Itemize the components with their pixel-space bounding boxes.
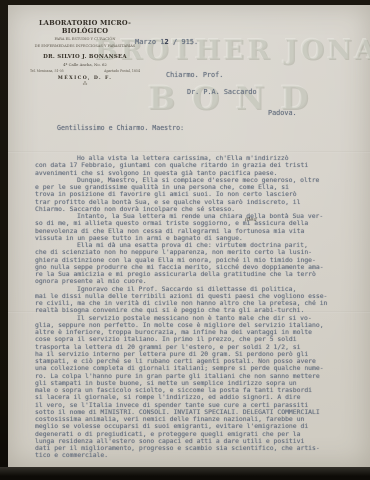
body-line: il vero, se l'Italia invece di spender t… xyxy=(35,402,370,409)
body-line: ha il servizio interno per lettera pure … xyxy=(35,351,370,358)
letter-paper: BROTHER JONATHAN BOND LABORATORIO MICRO-… xyxy=(8,5,370,467)
recipient-city: Padova. xyxy=(268,109,297,117)
body-line: tico e commerciale. xyxy=(35,452,370,459)
body-line: dati per il miglioramento, progresso e s… xyxy=(35,445,370,452)
body-line: meglio se volesse occuparsi di suoi emig… xyxy=(35,423,370,430)
body-line: re la Sua amicizia e mi pregio assicurar… xyxy=(35,271,370,278)
body-line: trasporta la lettera di 20 grammi per l'… xyxy=(35,344,370,351)
letter-date-prefix: Marzo 1 xyxy=(135,38,165,46)
body-line: Dunque, Maestro, Ella si compiace d'esse… xyxy=(35,177,370,184)
body-line: re civili, ma che in verità di civile no… xyxy=(35,300,370,307)
body-line: Chiarmo. Saccardo non dovrà incolpare ch… xyxy=(35,206,370,213)
body-line: realtà bisogna convenire che qui si è pe… xyxy=(35,307,370,314)
body-line: sotto il nome di MINISTRI. CONSOLI. INVI… xyxy=(35,409,370,416)
body-line: gli stampati in buste buone, si mette un… xyxy=(35,380,370,387)
letterhead: LABORATORIO MICRO-BIOLÓGICO PARA EL ESTU… xyxy=(26,19,144,87)
body-line: altre è inferiore, troppa burocrazia, ma… xyxy=(35,329,370,336)
body-line: cose sopra il servizio italiano. In prim… xyxy=(35,336,370,343)
scanned-letter-page: { "scan": { "watermark_line1": "BROTHER … xyxy=(0,0,370,480)
letterhead-subtitle-1: PARA EL ESTUDIO Y CURACIÓN xyxy=(26,37,144,42)
recipient-honorific: Chiarmo. Prof. xyxy=(166,71,223,79)
body-line: trova in posizione di favorire gli amici… xyxy=(35,191,370,198)
body-line: con data 17 Febbraio, giuntami con qualc… xyxy=(35,162,370,169)
body-line: Il servizio postale messicano non è tant… xyxy=(35,315,370,322)
letterhead-address: 4ª Calle Ancha, No. 62 xyxy=(26,62,144,67)
body-line: trar profitto della bontà Sua, e se qual… xyxy=(35,199,370,206)
body-line: Ho alla vista la lettera carissima, ch'E… xyxy=(35,155,370,162)
body-line: ognora presente al mio cuore. xyxy=(35,278,370,285)
letterhead-doctor-name: DR. SILVIO J. BONANSEA xyxy=(26,54,144,60)
letter-body: Ho alla vista la lettera carissima, ch'E… xyxy=(35,155,370,460)
body-line: mai le dissi nulla delle terribili azion… xyxy=(35,293,370,300)
body-line: e per le sue grandissime qualità in una … xyxy=(35,184,370,191)
recipient-name: Dr. P.A. Saccardo xyxy=(187,88,257,96)
letter-date-suffix: / 915. xyxy=(169,38,199,46)
letterhead-title: LABORATORIO MICRO-BIOLÓGICO xyxy=(26,19,144,35)
body-line: gno nulla seppe produrre che mi faccia m… xyxy=(35,264,370,271)
handwritten-annotation: idea xyxy=(245,217,257,223)
salutation: Gentilissimo e Chiarmo. Maestro: xyxy=(57,124,184,132)
body-line: degenerati o di pregiudicati, e protegge… xyxy=(35,431,370,438)
letterhead-contact-row: Tel. Mexicana, 51-05 Apartado Postal, 18… xyxy=(26,69,144,73)
body-line: lunga residenza all'estero sono capaci e… xyxy=(35,438,370,445)
body-line: una collezione completa di giornali ital… xyxy=(35,365,370,372)
letterhead-po-box: Apartado Postal, 1854 xyxy=(104,69,140,73)
body-line: si lacera il giornale, si rompe l'indiri… xyxy=(35,394,370,401)
body-line: stampati, e ciò perché se li rubano cert… xyxy=(35,358,370,365)
body-line: Intanto, la Sua lettera mi rende una chi… xyxy=(35,213,370,220)
scanner-bed-edge xyxy=(0,467,370,480)
body-line: benevolenza di che Ella non cessa di ral… xyxy=(35,228,370,235)
letter-date: Marzo 12 / 915. xyxy=(135,38,198,46)
body-line: ghiera distinzione con la quale Ella mi … xyxy=(35,257,370,264)
body-line: vissuta in un paese tutto in armi e bagn… xyxy=(35,235,370,242)
letterhead-subtitle-2: DE ENFERMEDADES INFECCIOSAS Y PARASITARI… xyxy=(26,44,144,49)
paper-crease xyxy=(8,151,370,153)
paper-watermark-bond: BOND xyxy=(148,79,325,117)
body-line: male o sopra un fascicolo sciolto, e sic… xyxy=(35,387,370,394)
body-line: avvenimenti che si svolgono in questa gi… xyxy=(35,170,370,177)
letterhead-city: MÉXICO, D. F. xyxy=(26,76,144,81)
body-line: Ella mi dà una esatta prova di che: virt… xyxy=(35,242,370,249)
body-line: Ignoravo che il Prof. Saccardo si dilett… xyxy=(35,286,370,293)
body-line: glia, seppure non perfetto. In molte cos… xyxy=(35,322,370,329)
letterhead-telephone: Tel. Mexicana, 51-05 xyxy=(30,69,64,73)
letterhead-ornament-icon: ⁂ xyxy=(26,82,144,87)
body-line: so di me, mi allieta questo ormai triste… xyxy=(35,220,370,227)
body-line: che di scienziato non ho neppure l'appar… xyxy=(35,249,370,256)
body-line: ro. La colpa l'hanno pure in gran parte … xyxy=(35,373,370,380)
body-line: costosissima animalia, veri nemici delle… xyxy=(35,416,370,423)
